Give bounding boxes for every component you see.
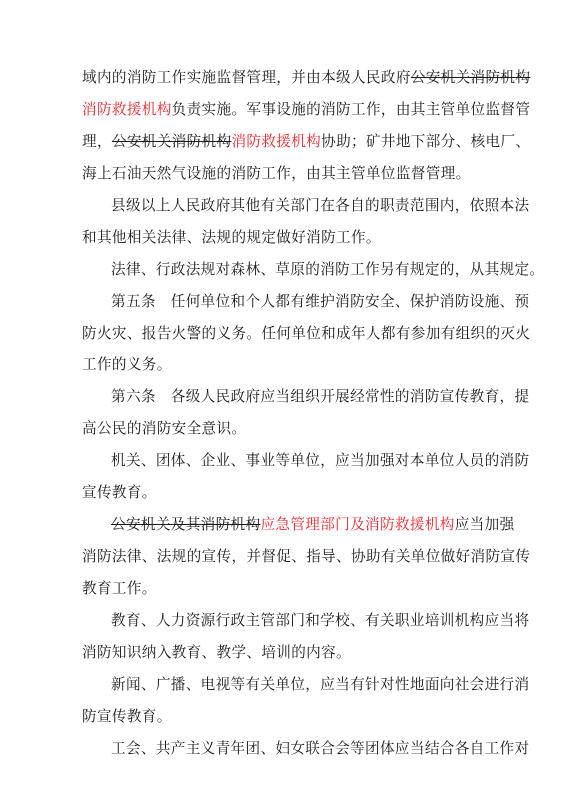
text-run: 理，	[82, 133, 112, 150]
text-line: 教育工作。	[82, 573, 482, 605]
text-run: 宣传教育。	[82, 484, 157, 501]
text-run: 海上石油天然气设施的消防工作，由其主管单位监督管理。	[82, 165, 471, 182]
text-line: 第五条 任何单位和个人都有维护消防安全、保护消防设施、预	[82, 286, 482, 318]
text-run: 工会、共产主义青年团、妇女联合会等团体应当结合各自工作对	[111, 740, 529, 757]
text-run: 教育、人力资源行政主管部门和学校、有关职业培训机构应当将	[111, 612, 529, 629]
text-run: 应当加强	[455, 516, 515, 533]
text-line: 防火灾、报告火警的义务。任何单位和成年人都有参加有组织的灭火	[82, 318, 482, 350]
text-line: 新闻、广播、电视等有关单位，应当有针对性地面向社会进行消	[82, 669, 482, 701]
text-line: 工作的义务。	[82, 349, 482, 381]
text-run: 新闻、广播、电视等有关单位，应当有针对性地面向社会进行消	[111, 676, 529, 693]
text-line: 机关、团体、企业、事业等单位，应当加强对本单位人员的消防	[82, 445, 482, 477]
text-line: 宣传教育。	[82, 477, 482, 509]
text-line: 消防救援机构负责实施。军事设施的消防工作，由其主管单位监督管	[82, 94, 482, 126]
text-run: 消防知识纳入教育、教学、培训的内容。	[82, 644, 351, 661]
text-run: 工作的义务。	[82, 356, 172, 373]
document-page: 域内的消防工作实施监督管理，并由本级人民政府公安机关消防机构消防救援机构负责实施…	[82, 62, 482, 765]
text-run: 县级以上人民政府其他有关部门在各自的职责范围内，依照本法	[111, 197, 529, 214]
text-line: 高公民的消防安全意识。	[82, 413, 482, 445]
tracked-deletion: 公安机关及其消防机构	[111, 516, 260, 533]
text-run: 高公民的消防安全意识。	[82, 420, 246, 437]
text-run: 域内的消防工作实施监督管理，并由本级人民政府	[82, 69, 411, 86]
text-run: 消防法律、法规的宣传，并督促、指导、协助有关单位做好消防宣传	[82, 548, 530, 565]
text-run: 法律、行政法规对森林、草原的消防工作另有规定的，从其规定。	[111, 261, 544, 278]
text-line: 和其他相关法律、法规的规定做好消防工作。	[82, 222, 482, 254]
tracked-insertion: 消防救援机构	[82, 101, 172, 118]
text-line: 海上石油天然气设施的消防工作，由其主管单位监督管理。	[82, 158, 482, 190]
tracked-insertion: 消防救援机构	[231, 133, 321, 150]
text-line: 消防法律、法规的宣传，并督促、指导、协助有关单位做好消防宣传	[82, 541, 482, 573]
text-run: 第六条 各级人民政府应当组织开展经常性的消防宣传教育，提	[111, 388, 529, 405]
text-line: 教育、人力资源行政主管部门和学校、有关职业培训机构应当将	[82, 605, 482, 637]
text-line: 第六条 各级人民政府应当组织开展经常性的消防宣传教育，提	[82, 381, 482, 413]
text-line: 工会、共产主义青年团、妇女联合会等团体应当结合各自工作对	[82, 733, 482, 765]
text-line: 公安机关及其消防机构应急管理部门及消防救援机构应当加强	[82, 509, 482, 541]
text-line: 法律、行政法规对森林、草原的消防工作另有规定的，从其规定。	[82, 254, 482, 286]
text-run: 第五条 任何单位和个人都有维护消防安全、保护消防设施、预	[111, 293, 529, 310]
text-run: 防宣传教育。	[82, 708, 172, 725]
text-run: 负责实施。军事设施的消防工作，由其主管单位监督管	[172, 101, 531, 118]
text-line: 县级以上人民政府其他有关部门在各自的职责范围内，依照本法	[82, 190, 482, 222]
text-line: 防宣传教育。	[82, 701, 482, 733]
text-line: 消防知识纳入教育、教学、培训的内容。	[82, 637, 482, 669]
tracked-deletion: 公安机关消防机构	[112, 133, 232, 150]
text-run: 机关、团体、企业、事业等单位，应当加强对本单位人员的消防	[111, 452, 529, 469]
text-run: 教育工作。	[82, 580, 157, 597]
tracked-deletion: 公安机关消防机构	[411, 69, 531, 86]
text-line: 域内的消防工作实施监督管理，并由本级人民政府公安机关消防机构	[82, 62, 482, 94]
text-line: 理，公安机关消防机构消防救援机构协助；矿井地下部分、核电厂、	[82, 126, 482, 158]
tracked-insertion: 应急管理部门及消防救援机构	[260, 516, 454, 533]
text-run: 防火灾、报告火警的义务。任何单位和成年人都有参加有组织的灭火	[82, 325, 530, 342]
text-run: 和其他相关法律、法规的规定做好消防工作。	[82, 229, 381, 246]
text-run: 协助；矿井地下部分、核电厂、	[321, 133, 530, 150]
